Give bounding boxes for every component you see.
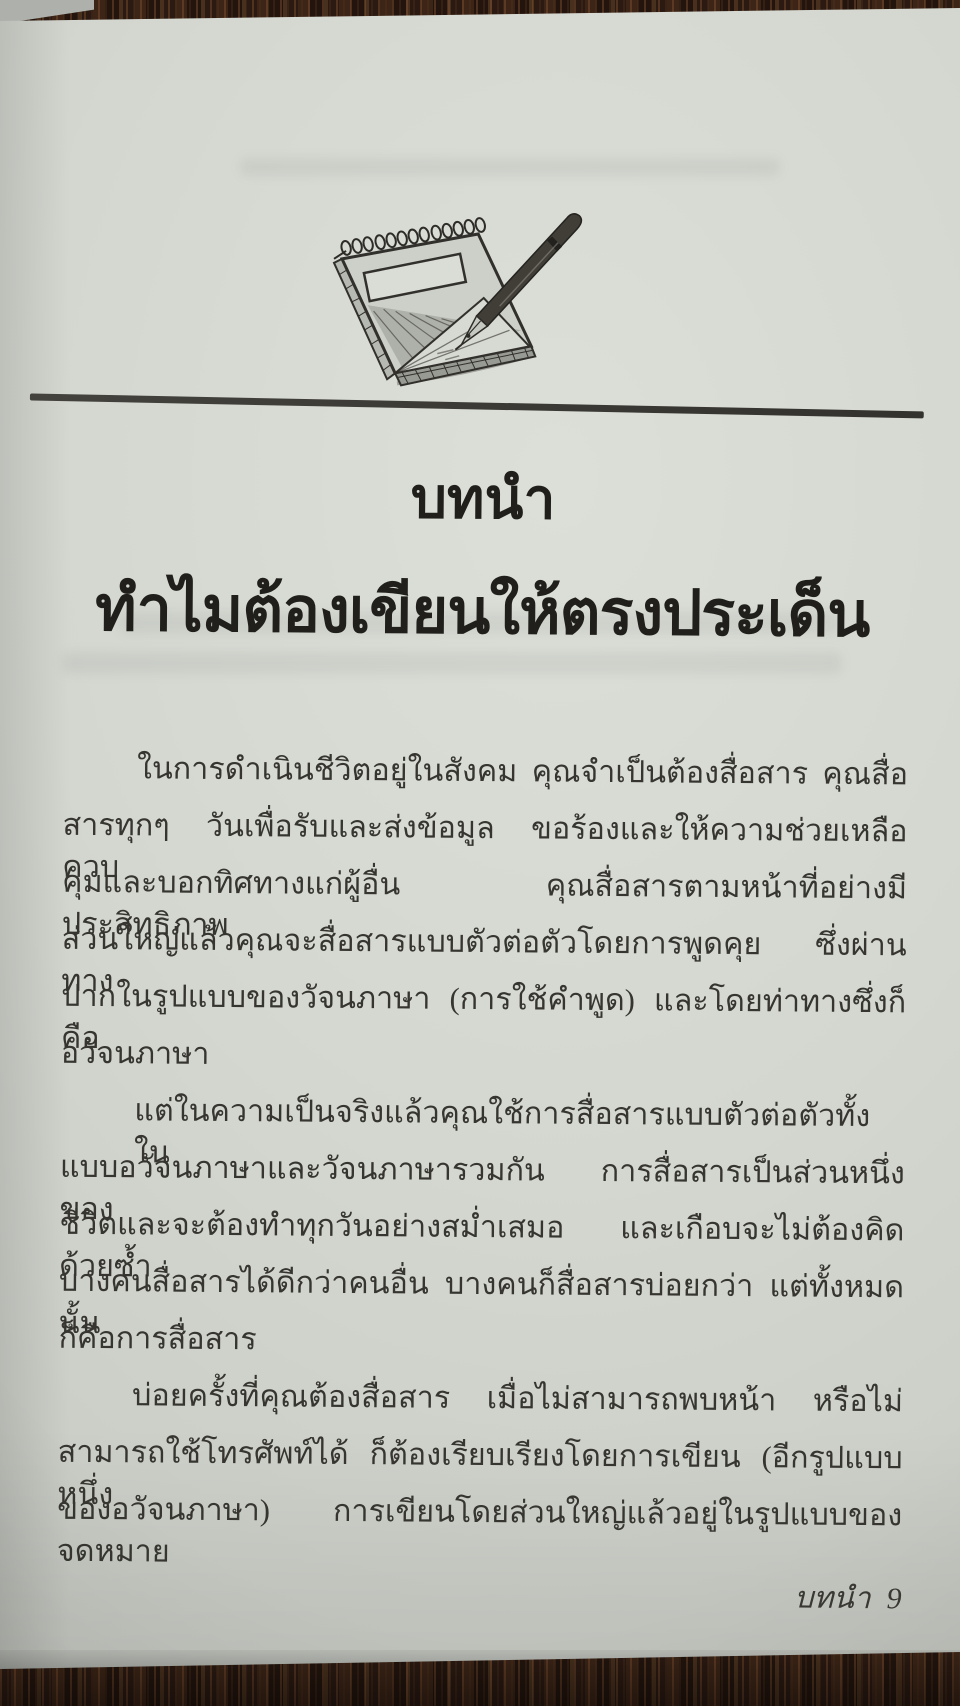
text-line: คุมและบอกทิศทางแก่ผู้อื่น คุณสื่อสารตามห… xyxy=(62,861,907,916)
text-line: แต่ในความเป็นจริงแล้วคุณใช้การสื่อสารแบบ… xyxy=(60,1089,905,1144)
notepad-pen-illustration xyxy=(299,187,611,394)
paragraph-2: แต่ในความเป็นจริงแล้วคุณใช้การสื่อสารแบบ… xyxy=(7,0,960,4)
footer-page-number: 9 xyxy=(886,1582,901,1615)
text-line: บ่อยครั้งที่คุณต้องสื่อสาร เมื่อไม่สามาร… xyxy=(58,1374,903,1429)
footer-chapter-label: บทนำ xyxy=(794,1581,870,1615)
chapter-subtitle: ทำไมต้องเขียนให้ตรงประเด็น xyxy=(2,558,960,666)
text-line: สามารถใช้โทรศัพท์ได้ ก็ต้องเรียบเรียงโดย… xyxy=(57,1431,902,1486)
paragraph-3: บ่อยครั้งที่คุณต้องสื่อสาร เมื่อไม่สามาร… xyxy=(7,0,960,4)
text-line: ส่วนใหญ่แล้วคุณจะสื่อสารแบบตัวต่อตัวโดยก… xyxy=(61,918,906,973)
chapter-title: บทนำ xyxy=(3,454,960,546)
title-rule xyxy=(30,393,924,418)
book-page: บทนำ ทำไมต้องเขียนให้ตรงประเด็น ในการดำเ… xyxy=(0,0,960,1706)
text-line: อวัจนภาษา xyxy=(61,1032,906,1087)
text-line: บางคนสื่อสารได้ดีกว่าคนอื่น บางคนก็สื่อส… xyxy=(59,1260,904,1315)
text-line: ปากในรูปแบบของวัจนภาษา (การใช้คำพูด) และ… xyxy=(61,975,906,1030)
text-line: ก็คือการสื่อสาร xyxy=(58,1317,903,1372)
page-footer: บทนำ9 xyxy=(56,1569,901,1623)
text-line: แบบอวัจนภาษาและวัจนภาษารวมกัน การสื่อสาร… xyxy=(60,1146,905,1201)
paragraph-1: ในการดำเนินชีวิตอยู่ในสังคม คุณจำเป็นต้อ… xyxy=(7,0,960,4)
page-content: บทนำ ทำไมต้องเขียนให้ตรงประเด็น ในการดำเ… xyxy=(0,0,960,1706)
text-line: สารทุกๆ วันเพื่อรับและส่งข้อมูล ขอร้องแล… xyxy=(62,804,907,859)
text-line: ของอวัจนภาษา) การเขียนโดยส่วนใหญ่แล้วอยู… xyxy=(57,1488,902,1543)
photo-of-book-page: { "photo": { "surface": "dark-wood-table… xyxy=(0,0,960,1706)
text-line: ในการดำเนินชีวิตอยู่ในสังคม คุณจำเป็นต้อ… xyxy=(63,747,908,802)
text-line: ชีวิตและจะต้องทำทุกวันอย่างสม่ำเสมอ และเ… xyxy=(59,1203,904,1258)
